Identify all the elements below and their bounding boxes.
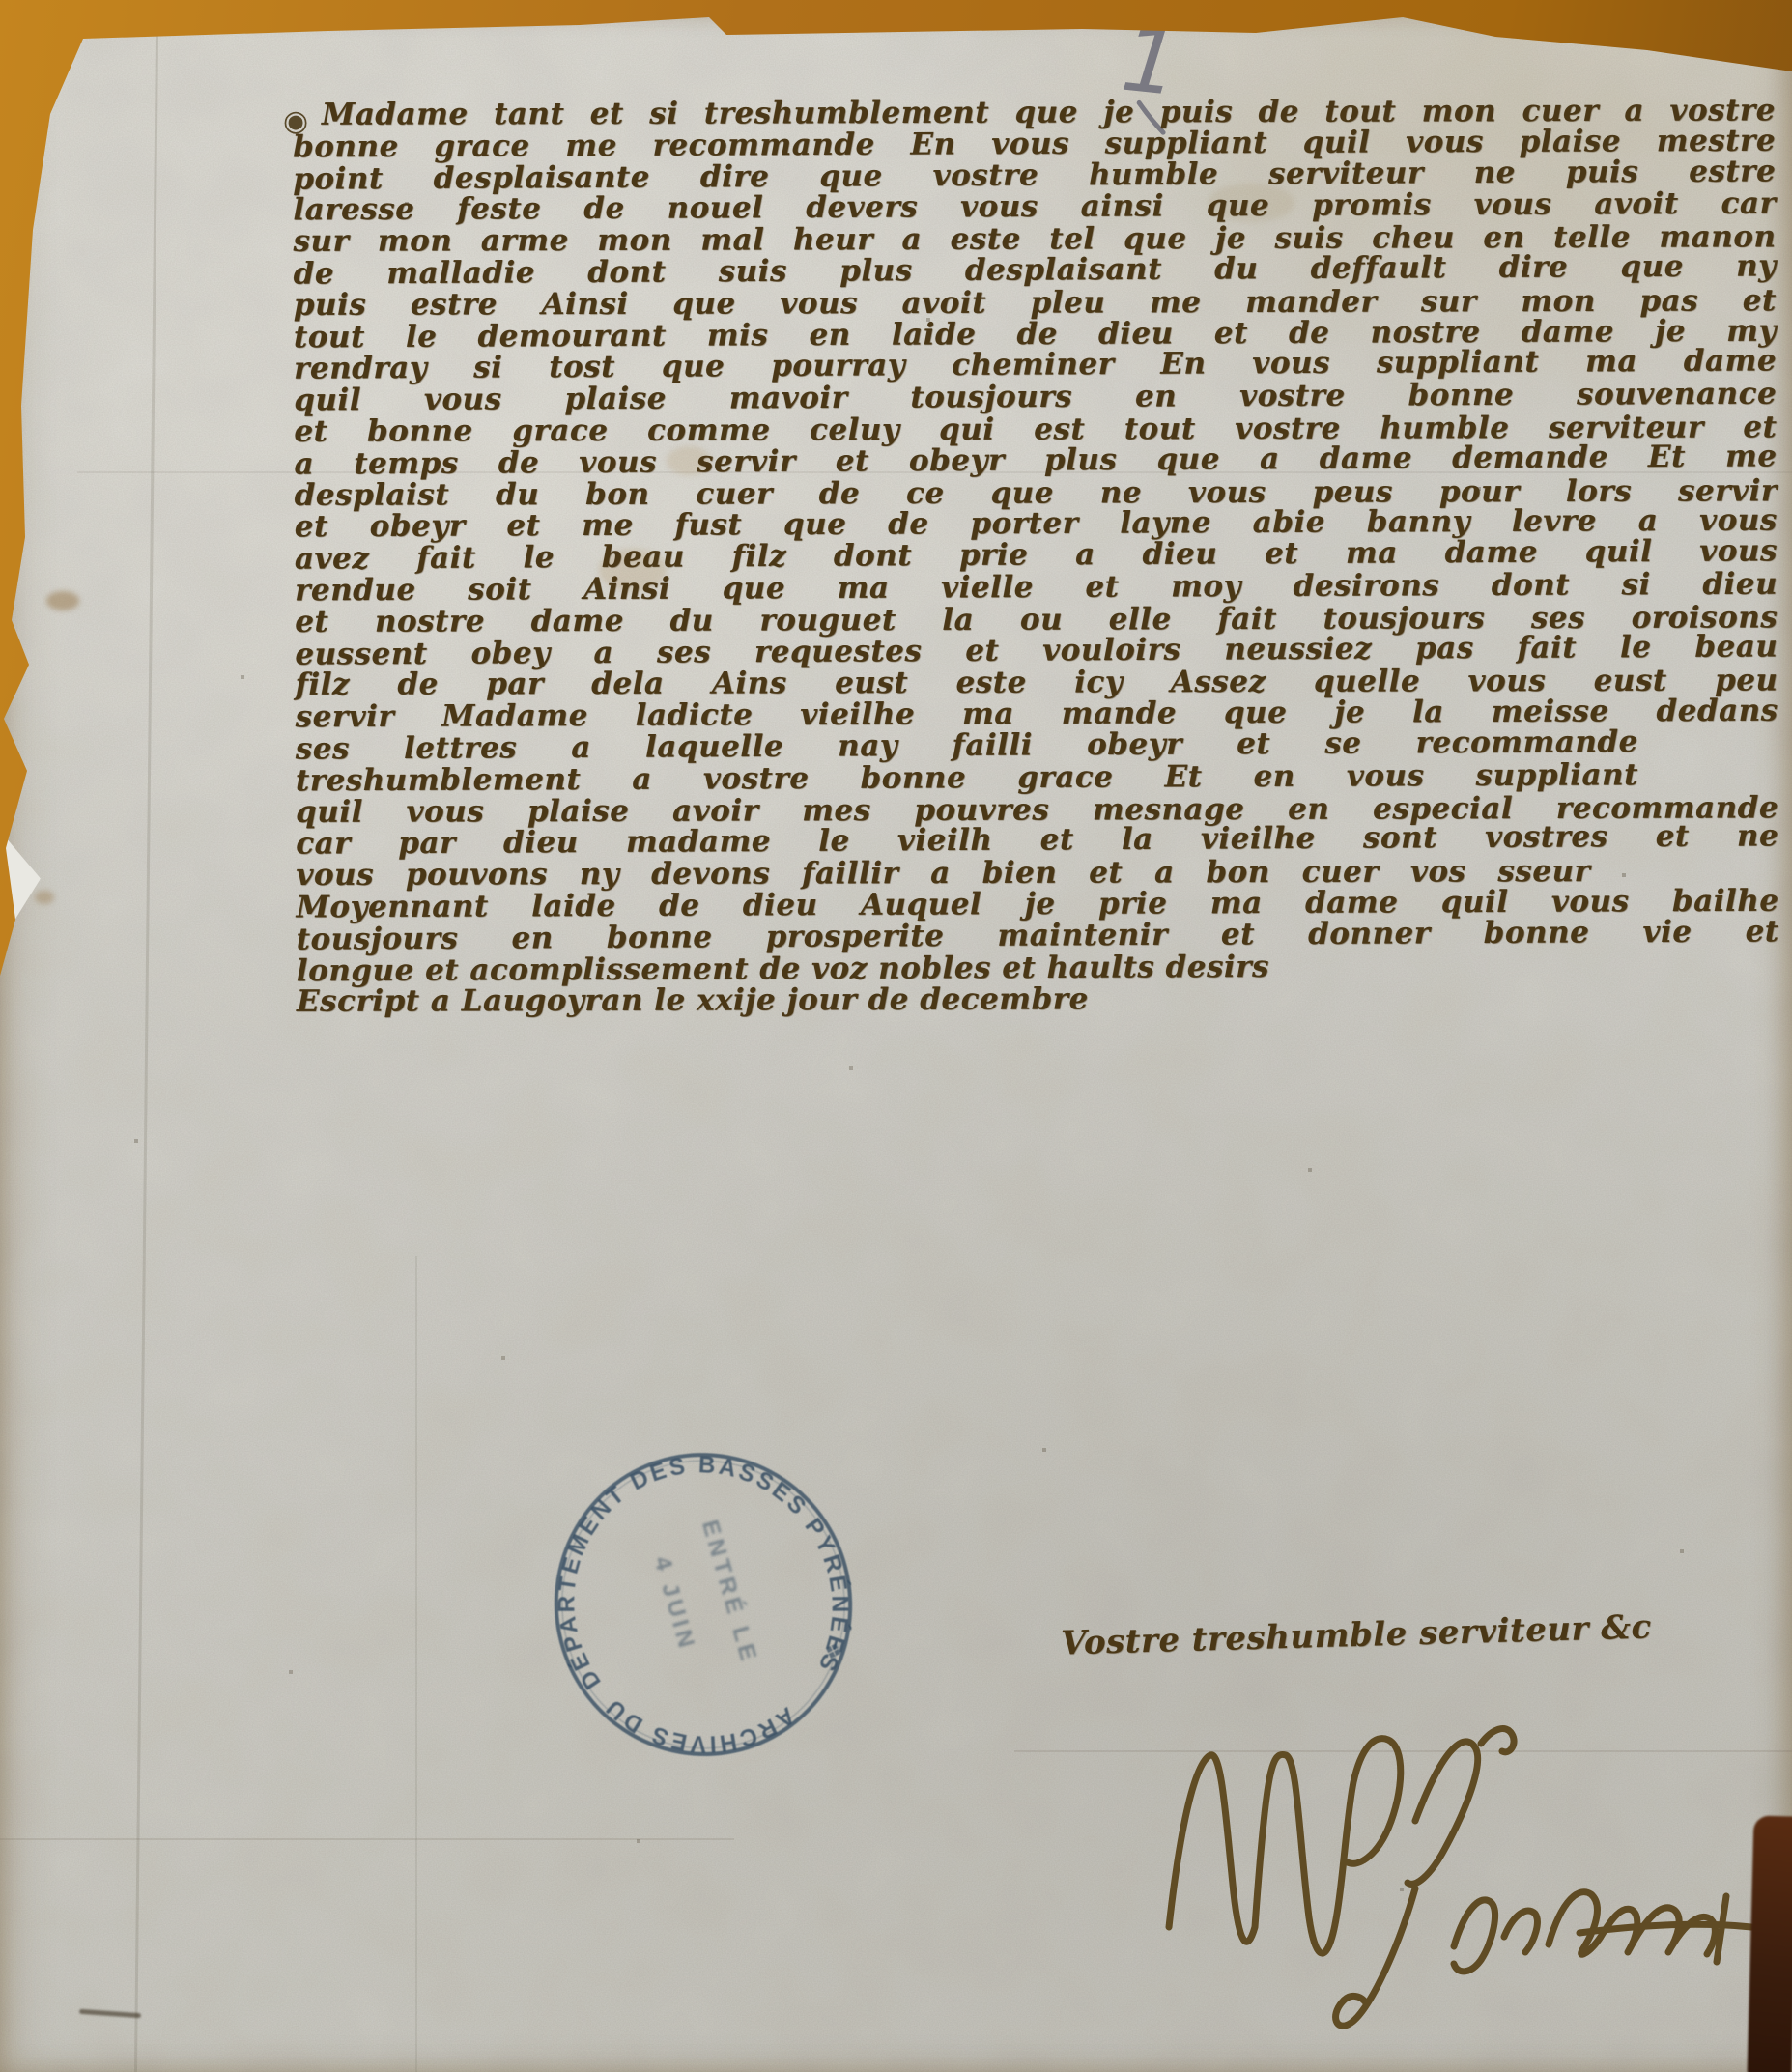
manuscript-line: desplaist du bon cuer de ce que ne vous … — [295, 475, 1778, 511]
torn-edge-flap — [0, 831, 41, 937]
signature-initials-stroke — [1169, 1739, 1401, 1954]
manuscript-line: Madame tant et si treshumblement que je … — [293, 95, 1776, 130]
manuscript-line: vous pouvons ny devons faillir a bien et… — [296, 856, 1590, 892]
vertical-fold-crease — [134, 35, 158, 2072]
letter-body-text: Madame tant et si treshumblement que je … — [293, 94, 1779, 1019]
ink-stain — [35, 891, 54, 904]
paper-tear — [79, 2009, 141, 2018]
signature-descender — [1336, 1888, 1415, 2026]
stamp-center-inscription: ENTRÉ LE 4 JUIN — [642, 1517, 763, 1683]
manuscript-line: avez fait le beau filz dont prie a dieu … — [295, 536, 1778, 576]
manuscript-line: filz de par dela Ains eust este icy Asse… — [296, 666, 1778, 701]
fly-specks — [0, 0, 2, 2]
photo-of-manuscript: 1 ◉ Madame tant et si treshumblement que… — [0, 0, 1792, 2072]
signature-flourish — [1125, 1705, 1763, 2062]
manuscript-line: ses lettres a laquelle nay failli obeyr … — [296, 726, 1638, 765]
stamp-ring-text-bottom: ARCHIVES DU — [596, 1657, 803, 1780]
manuscript-line: point desplaisante dire que vostre humbl… — [293, 156, 1776, 195]
horizontal-fold-crease — [0, 1838, 734, 1840]
manuscript-page: 1 ◉ Madame tant et si treshumblement que… — [0, 0, 1792, 2072]
signature-de-loop — [1408, 1742, 1478, 1885]
manuscript-line: tousjours en bonne prosperite maintenir … — [297, 916, 1779, 955]
stamp-inner-ring — [535, 1434, 871, 1774]
stamp-outer-ring — [528, 1428, 878, 1782]
archive-stamp: DÉPARTEMENT DES BASSES PYRÉNÉES ❖ ARCHIV… — [508, 1406, 899, 1802]
closing-salutation: Vostre treshumble serviteur &c — [1061, 1606, 1719, 1663]
ink-stain — [46, 591, 79, 610]
stamp-center-line1: ENTRÉ LE — [697, 1517, 763, 1666]
table-edge-dark — [1747, 1815, 1792, 2072]
manuscript-line: Escript a Laugoyran le xxije jour de dec… — [297, 982, 1779, 1018]
stamp-ring-text-top: DÉPARTEMENT DES BASSES PYRÉNÉES — [526, 1424, 870, 1733]
signature-top-flourish — [1481, 1729, 1514, 1752]
manuscript-line: puis estre Ainsi que vous avoit pleu me … — [294, 285, 1777, 321]
stamp-center-line2: 4 JUIN — [648, 1553, 699, 1654]
vertical-fold-crease — [415, 1256, 417, 2072]
